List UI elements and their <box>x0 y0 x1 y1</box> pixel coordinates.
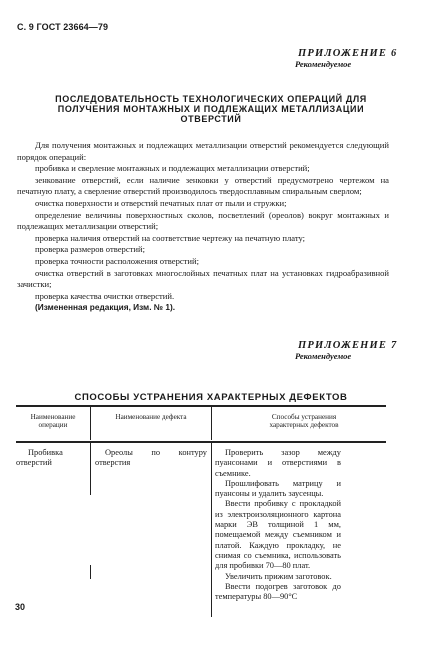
remedy-item: Ввести подогрев заготовок до температуры… <box>215 582 341 603</box>
page-number: 30 <box>15 602 25 612</box>
table-title: СПОСОБЫ УСТРАНЕНИЯ ХАРАКТЕРНЫХ ДЕФЕКТОВ <box>0 392 422 403</box>
title-line: ОТВЕРСТИЙ <box>0 114 422 124</box>
title-line: ПОСЛЕДОВАТЕЛЬНОСТЬ ТЕХНОЛОГИЧЕСКИХ ОПЕРА… <box>0 94 422 104</box>
paragraph: очистка поверхности и отверстий печатных… <box>17 198 389 210</box>
column-header-remedies: Способы устранения характерных дефектов <box>256 413 352 429</box>
appendix-6-title: ПОСЛЕДОВАТЕЛЬНОСТЬ ТЕХНОЛОГИЧЕСКИХ ОПЕРА… <box>0 94 422 124</box>
defects-table: Наименование операции Наименование дефек… <box>16 405 386 625</box>
paragraph: проверка наличия отверстий на соответств… <box>17 233 389 245</box>
column-divider <box>211 443 212 617</box>
page-header-ref: С. 9 ГОСТ 23664—79 <box>17 22 108 32</box>
remedy-item: Увеличить прижим заготовок. <box>215 572 341 582</box>
paragraph: проверка размеров отверстий; <box>17 244 389 256</box>
table-top-rule <box>16 405 386 407</box>
appendix-7-status: Рекомендуемое <box>295 351 397 361</box>
column-divider <box>90 407 91 440</box>
appendix-6-label: ПРИЛОЖЕНИЕ 6 <box>298 48 397 59</box>
appendix-6-body: Для получения монтажных и подлежащих мет… <box>17 140 389 314</box>
remedy-item: Прошлифовать матрицу и пуансоны и удалит… <box>215 479 341 500</box>
column-divider <box>211 407 212 440</box>
paragraph: определение величины поверхностных сколо… <box>17 210 389 233</box>
paragraph: зенкование отверстий, если наличие зенко… <box>17 175 389 198</box>
paragraph: пробивка и сверление монтажных и подлежа… <box>17 163 389 175</box>
table-header-rule <box>16 441 386 443</box>
paragraph: проверка качества очистки отверстий. <box>17 291 389 303</box>
paragraph: проверка точности расположения отверстий… <box>17 256 389 268</box>
appendix-6-heading: ПРИЛОЖЕНИЕ 6 Рекомендуемое <box>298 48 397 69</box>
paragraph: Для получения монтажных и подлежащих мет… <box>17 140 389 163</box>
appendix-7-heading: ПРИЛОЖЕНИЕ 7 Рекомендуемое <box>298 340 397 361</box>
remedy-item: Ввести пробивку с прокладкой из электрои… <box>215 499 341 571</box>
title-line: ПОЛУЧЕНИЯ МОНТАЖНЫХ И ПОДЛЕЖАЩИХ МЕТАЛЛИ… <box>0 104 422 114</box>
cell-remedies: Проверить зазор между пуансонами и отвер… <box>215 448 341 602</box>
cell-defect: Ореолы по контуру отверстия <box>95 448 207 469</box>
cell-operation: Пробивка отверстий <box>16 448 88 469</box>
appendix-6-status: Рекомендуемое <box>295 59 397 69</box>
paragraph: очистка отверстий в заготовках многослой… <box>17 268 389 291</box>
column-divider <box>90 565 91 579</box>
appendix-7-label: ПРИЛОЖЕНИЕ 7 <box>298 340 397 351</box>
amendment-note: (Измененная редакция, Изм. № 1). <box>17 302 389 314</box>
remedy-item: Проверить зазор между пуансонами и отвер… <box>215 448 341 479</box>
column-divider <box>90 443 91 495</box>
column-header-operation: Наименование операции <box>16 413 90 429</box>
column-header-defect: Наименование дефекта <box>106 413 196 421</box>
